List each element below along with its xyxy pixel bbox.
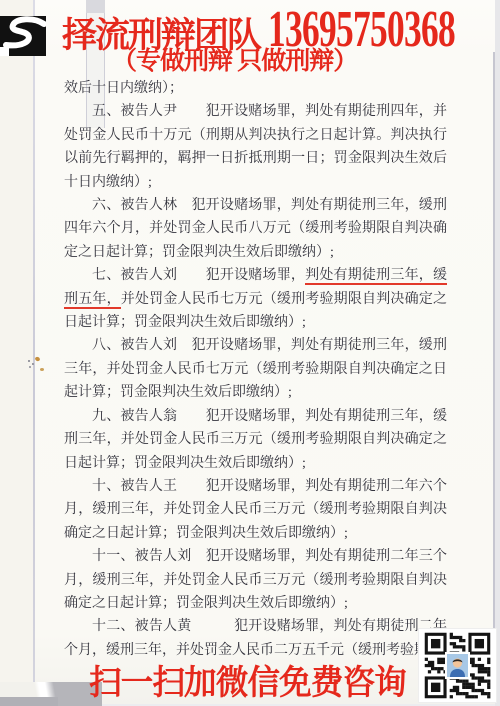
scanned-judgment-page: 择流刑辩团队 13695750368 （专做刑辩 只做刑辩） 效后十日内缴纳）；… [0, 0, 500, 706]
wechat-qr-code [419, 629, 496, 702]
paper-fold-strip [0, 0, 33, 696]
paper-corner-shadow-2 [0, 697, 58, 706]
brand-tagline: （专做刑辩 只做刑辩） [112, 41, 357, 77]
judgment-text-column: 效后十日内缴纳）； 五、被告人尹 犯开设赌场罪，判处有期徒刑四年，并处罚金人民币… [64, 77, 447, 662]
judgment-paragraph-9: 九、被告人翁 犯开设赌场罪，判处有期徒刑三年，缓刑三年，并处罚金人民币三万元（缓… [64, 405, 447, 475]
judgment-paragraph-10: 十、被告人王 犯开设赌场罪，判处有期徒刑二年六个月，缓刑三年，并处罚金人民币三万… [64, 475, 447, 545]
judgment-paragraph-6: 六、被告人林 犯开设赌场罪，判处有期徒刑三年，缓刑四年六个月，并处罚金人民币八万… [64, 194, 447, 264]
paper-speck [40, 368, 44, 371]
judgment-paragraph-11: 十一、被告人刘 犯开设赌场罪，判处有期徒刑二年三个月，缓刑三年，并处罚金人民币三… [64, 545, 447, 615]
zeliu-logo-icon [0, 16, 46, 56]
paper-crease-line [33, 0, 35, 695]
qr-avatar-photo [445, 652, 470, 679]
scan-margin-right [495, 0, 500, 706]
judgment-paragraph-8: 八、被告人刘 犯开设赌场罪，判处有期徒刑三年，缓刑三年，并处罚金人民币七万元（缓… [64, 334, 447, 404]
wechat-cta-text: 扫一扫加微信免费咨询 [89, 655, 406, 704]
paragraph-7-rest: 并处罚金人民币七万元（缓刑考验期限自判决确定之日起计算；罚金限判决生效后即缴纳）… [64, 292, 447, 330]
judgment-line-carryover: 效后十日内缴纳）； [64, 77, 447, 100]
pencil-mark [28, 360, 30, 362]
judgment-paragraph-7: 七、被告人刘 犯开设赌场罪，判处有期徒刑三年，缓刑五年，并处罚金人民币七万元（缓… [64, 264, 447, 334]
judgment-paragraph-5: 五、被告人尹 犯开设赌场罪，判处有期徒刑四年，并处罚金人民币十万元（刑期从判决执… [64, 100, 447, 194]
paragraph-7-lead: 七、被告人刘 犯开设赌场罪， [92, 268, 305, 283]
